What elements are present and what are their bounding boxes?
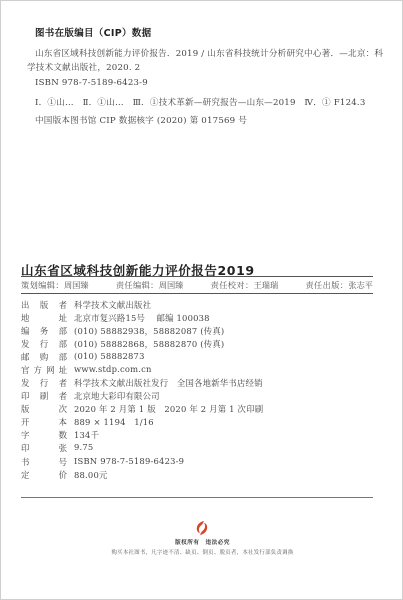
detail-label: 发行者 <box>21 377 71 389</box>
detail-row: 官方网址www.stdp.com.cn <box>21 364 152 376</box>
detail-row: 开本889 × 1194 1/16 <box>21 416 154 428</box>
detail-label: 字数 <box>21 429 71 441</box>
detail-label: 开本 <box>21 416 71 428</box>
detail-row: 发行者科学技术文献出版社发行 全国各地新华书店经销 <box>21 377 263 389</box>
detail-value: 9.75 <box>71 442 93 454</box>
bottom-divider <box>21 497 373 498</box>
detail-value: (010) 58882868，58882870 (传真) <box>71 338 224 350</box>
detail-row: 发行部(010) 58882868，58882870 (传真) <box>21 338 224 350</box>
detail-label: 编务部 <box>21 325 71 337</box>
detail-value: 2020 年 2 月第 1 版 2020 年 2 月第 1 次印刷 <box>71 403 263 415</box>
cip-record-line-2: 学技术文献出版社，2020. 2 <box>27 61 140 73</box>
detail-row: 字数134千 <box>21 429 99 441</box>
detail-value: 889 × 1194 1/16 <box>71 416 154 428</box>
credits-divider <box>21 293 373 294</box>
detail-value: 科学技术文献出版社 <box>71 299 151 311</box>
detail-row: 地址北京市复兴路15号 邮编 100038 <box>21 312 210 324</box>
cip-isbn: ISBN 978-7-5189-6423-9 <box>35 78 148 88</box>
detail-label: 发行部 <box>21 338 71 350</box>
credit-planning-editor: 策划编辑：周国臻 <box>21 280 89 291</box>
cip-classification: Ⅰ．①山… Ⅱ．①山… Ⅲ．①技术革新—研究报告—山东—2019 Ⅳ．① F12… <box>35 96 366 108</box>
detail-label: 书号 <box>21 456 71 468</box>
copyright-page: 图书在版编目（CIP）数据 山东省区域科技创新能力评价报告．2019 / 山东省… <box>0 0 403 600</box>
detail-label: 版次 <box>21 403 71 415</box>
detail-row: 定价88.00元 <box>21 469 108 481</box>
detail-value: ISBN 978-7-5189-6423-9 <box>71 456 184 468</box>
detail-value: 88.00元 <box>71 469 108 481</box>
detail-value: 北京地大彩印有限公司 <box>71 390 160 402</box>
replacement-notice: 购买本社图书，凡字迹不清、缺页、倒页、脱页者，本社发行部负责调换 <box>1 548 403 556</box>
detail-value: 北京市复兴路15号 邮编 100038 <box>71 312 210 324</box>
detail-value: (010) 58882938，58882087 (传真) <box>71 325 224 337</box>
detail-row: 编务部(010) 58882938，58882087 (传真) <box>21 325 224 337</box>
detail-row: 邮购部(010) 58882873 <box>21 351 145 363</box>
cip-data-number: 中国版本图书馆 CIP 数据核字 (2020) 第 017569 号 <box>35 114 247 126</box>
detail-value: (010) 58882873 <box>71 351 145 363</box>
credit-responsible-editor: 责任编辑：周国臻 <box>116 280 184 291</box>
detail-row: 出版者科学技术文献出版社 <box>21 299 151 311</box>
detail-label: 定价 <box>21 469 71 481</box>
detail-label: 官方网址 <box>21 364 71 376</box>
detail-value: 134千 <box>71 429 99 441</box>
detail-label: 印张 <box>21 442 71 454</box>
publisher-logo-icon <box>195 520 209 536</box>
detail-value: www.stdp.com.cn <box>71 364 152 376</box>
detail-row: 印张9.75 <box>21 442 93 454</box>
detail-value: 科学技术文献出版社发行 全国各地新华书店经销 <box>71 377 263 389</box>
cip-record-line-1: 山东省区域科技创新能力评价报告．2019 / 山东省科技统计分析研究中心著．—北… <box>35 47 383 59</box>
detail-label: 印刷者 <box>21 390 71 402</box>
detail-label: 地址 <box>21 312 71 324</box>
detail-row: 书号ISBN 978-7-5189-6423-9 <box>21 456 184 468</box>
editor-credits: 策划编辑：周国臻 责任编辑：周国臻 责任校对：王瑞瑞 责任出版：张志平 <box>21 280 373 291</box>
detail-label: 邮购部 <box>21 351 71 363</box>
detail-row: 版次2020 年 2 月第 1 版 2020 年 2 月第 1 次印刷 <box>21 403 263 415</box>
copyright-notice: 版权所有 违法必究 <box>1 538 403 546</box>
title-divider <box>21 276 373 277</box>
detail-row: 印刷者北京地大彩印有限公司 <box>21 390 160 402</box>
credit-proofreader: 责任校对：王瑞瑞 <box>211 280 279 291</box>
cip-heading: 图书在版编目（CIP）数据 <box>35 25 151 39</box>
credit-publishing-manager: 责任出版：张志平 <box>305 280 373 291</box>
detail-label: 出版者 <box>21 299 71 311</box>
